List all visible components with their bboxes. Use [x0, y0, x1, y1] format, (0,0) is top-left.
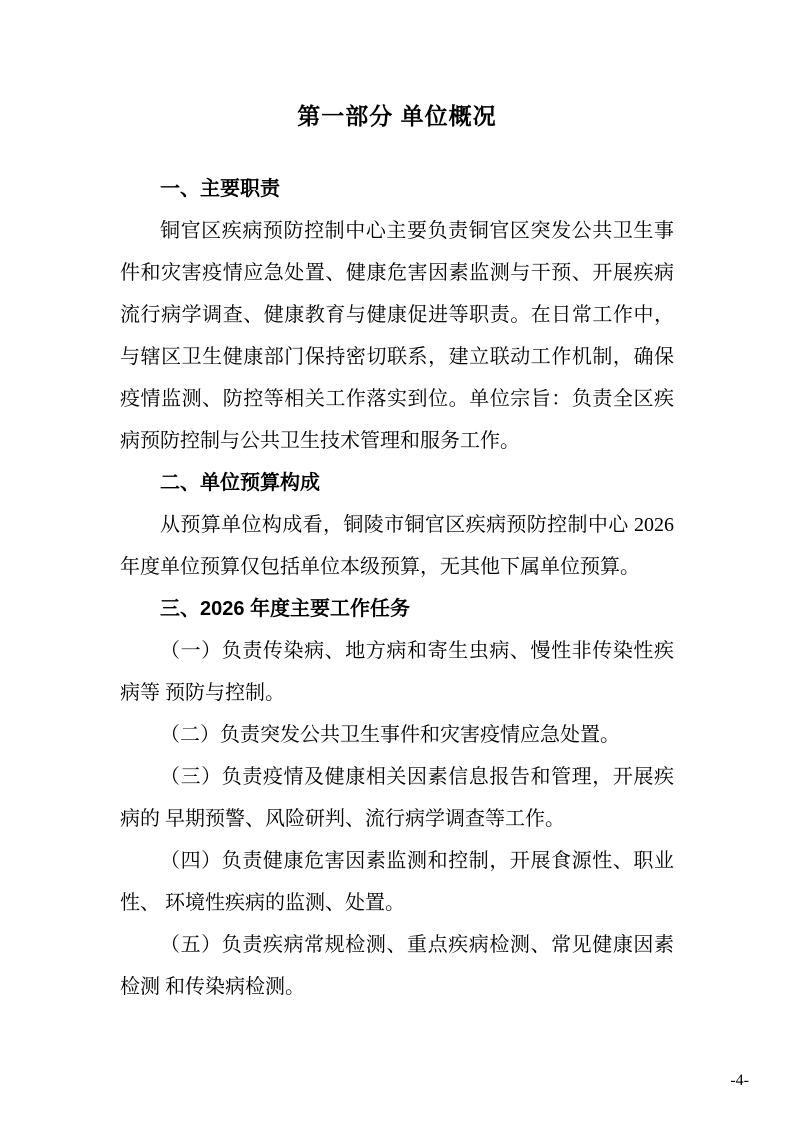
page-number: -4-: [730, 1072, 749, 1090]
paragraph-main-duties: 铜官区疾病预防控制中心主要负责铜官区突发公共卫生事件和灾害疫情应急处置、健康危害…: [120, 210, 674, 462]
section-work-tasks: 三、2026 年度主要工作任务 （一）负责传染病、地方病和寄生虫病、慢性非传染性…: [120, 588, 674, 1008]
page-content: 第一部分 单位概况 一、主要职责 铜官区疾病预防控制中心主要负责铜官区突发公共卫…: [0, 0, 793, 1008]
paragraph-task-4: （四）负责健康危害因素监测和控制，开展食源性、职业性、 环境性疾病的监测、处置。: [120, 840, 674, 924]
section-budget-composition: 二、单位预算构成 从预算单位构成看，铜陵市铜官区疾病预防控制中心 2026 年度…: [120, 462, 674, 588]
paragraph-budget-composition: 从预算单位构成看，铜陵市铜官区疾病预防控制中心 2026 年度单位预算仅包括单位…: [120, 504, 674, 588]
page-title: 第一部分 单位概况: [120, 100, 674, 132]
paragraph-task-1: （一）负责传染病、地方病和寄生虫病、慢性非传染性疾病等 预防与控制。: [120, 630, 674, 714]
document-page: 第一部分 单位概况 一、主要职责 铜官区疾病预防控制中心主要负责铜官区突发公共卫…: [0, 0, 793, 1122]
section-heading-main-duties: 一、主要职责: [120, 168, 674, 210]
paragraph-task-5: （五）负责疾病常规检测、重点疾病检测、常见健康因素检测 和传染病检测。: [120, 924, 674, 1008]
paragraph-task-3: （三）负责疫情及健康相关因素信息报告和管理，开展疾病的 早期预警、风险研判、流行…: [120, 756, 674, 840]
section-heading-work-tasks: 三、2026 年度主要工作任务: [120, 588, 674, 630]
paragraph-task-2: （二）负责突发公共卫生事件和灾害疫情应急处置。: [120, 714, 674, 756]
section-main-duties: 一、主要职责 铜官区疾病预防控制中心主要负责铜官区突发公共卫生事件和灾害疫情应急…: [120, 168, 674, 462]
section-heading-budget-composition: 二、单位预算构成: [120, 462, 674, 504]
